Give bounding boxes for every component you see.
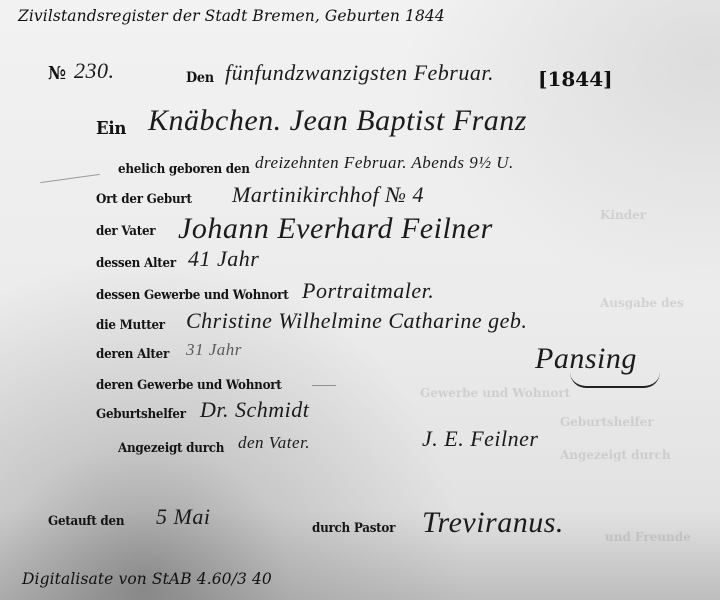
bleed-through-text: Kinder — [600, 208, 646, 222]
field-value-reported-by: den Vater. — [238, 433, 310, 453]
field-value-birthplace: Martinikirchhof № 4 — [232, 182, 424, 208]
field-label-reported-by: Angezeigt durch — [118, 441, 224, 456]
field-label-ein: Ein — [96, 118, 126, 139]
field-label-baptized: Getauft den — [48, 514, 124, 529]
field-label-mother-occupation: deren Gewerbe und Wohnort — [96, 378, 282, 393]
field-label-midwife: Geburtshelfer — [96, 407, 186, 422]
flourish-underline — [570, 372, 660, 388]
field-value-midwife: Dr. Schmidt — [200, 397, 309, 423]
empty-field-dash — [312, 385, 336, 386]
field-label-mother-age: deren Alter — [96, 347, 169, 362]
record-number-value: 230. — [74, 58, 115, 84]
field-value-child-name: Knäbchen. Jean Baptist Franz — [148, 104, 527, 138]
date-value: fünfundzwanzigsten Februar. — [225, 60, 494, 86]
field-label-father-occupation: dessen Gewerbe und Wohnort — [96, 288, 288, 303]
field-label-father: der Vater — [96, 224, 155, 239]
field-label-father-age: dessen Alter — [96, 256, 176, 271]
bleed-through-text: Ausgabe des — [600, 296, 684, 310]
field-label-mother: die Mutter — [96, 318, 165, 333]
field-value-pastor: Treviranus. — [422, 506, 564, 540]
field-value-mother: Christine Wilhelmine Catharine geb. — [186, 308, 527, 334]
field-label-birthplace: Ort der Geburt — [96, 192, 192, 207]
field-value-father: Johann Everhard Feilner — [178, 212, 493, 246]
bleed-through-text: und Freunde — [605, 530, 691, 544]
bleed-through-text: Angezeigt durch — [560, 448, 671, 462]
field-label-pastor: durch Pastor — [312, 521, 395, 536]
field-value-baptism-date: 5 Mai — [156, 504, 210, 530]
field-label-birth-date: ehelich geboren den — [118, 162, 250, 177]
field-value-mother-surname: Pansing — [535, 342, 637, 376]
field-value-father-occupation: Portraitmaler. — [302, 278, 434, 304]
bleed-through-text: Gewerbe und Wohnort — [420, 386, 570, 400]
bleed-through-text: Geburtshelfer — [560, 415, 654, 429]
signature-feilner: J. E. Feilner — [422, 426, 538, 452]
date-label: Den — [186, 70, 214, 86]
field-value-father-age: 41 Jahr — [188, 246, 259, 272]
record-number-label: № — [48, 63, 66, 84]
year-tag: [1844] — [538, 67, 613, 91]
document-title: Zivilstandsregister der Stadt Bremen, Ge… — [18, 7, 445, 25]
source-caption: Digitalisate von StAB 4.60/3 40 — [22, 570, 272, 588]
field-value-mother-age: 31 Jahr — [186, 340, 242, 360]
field-value-birth-date: dreizehnten Februar. Abends 9½ U. — [255, 153, 514, 173]
